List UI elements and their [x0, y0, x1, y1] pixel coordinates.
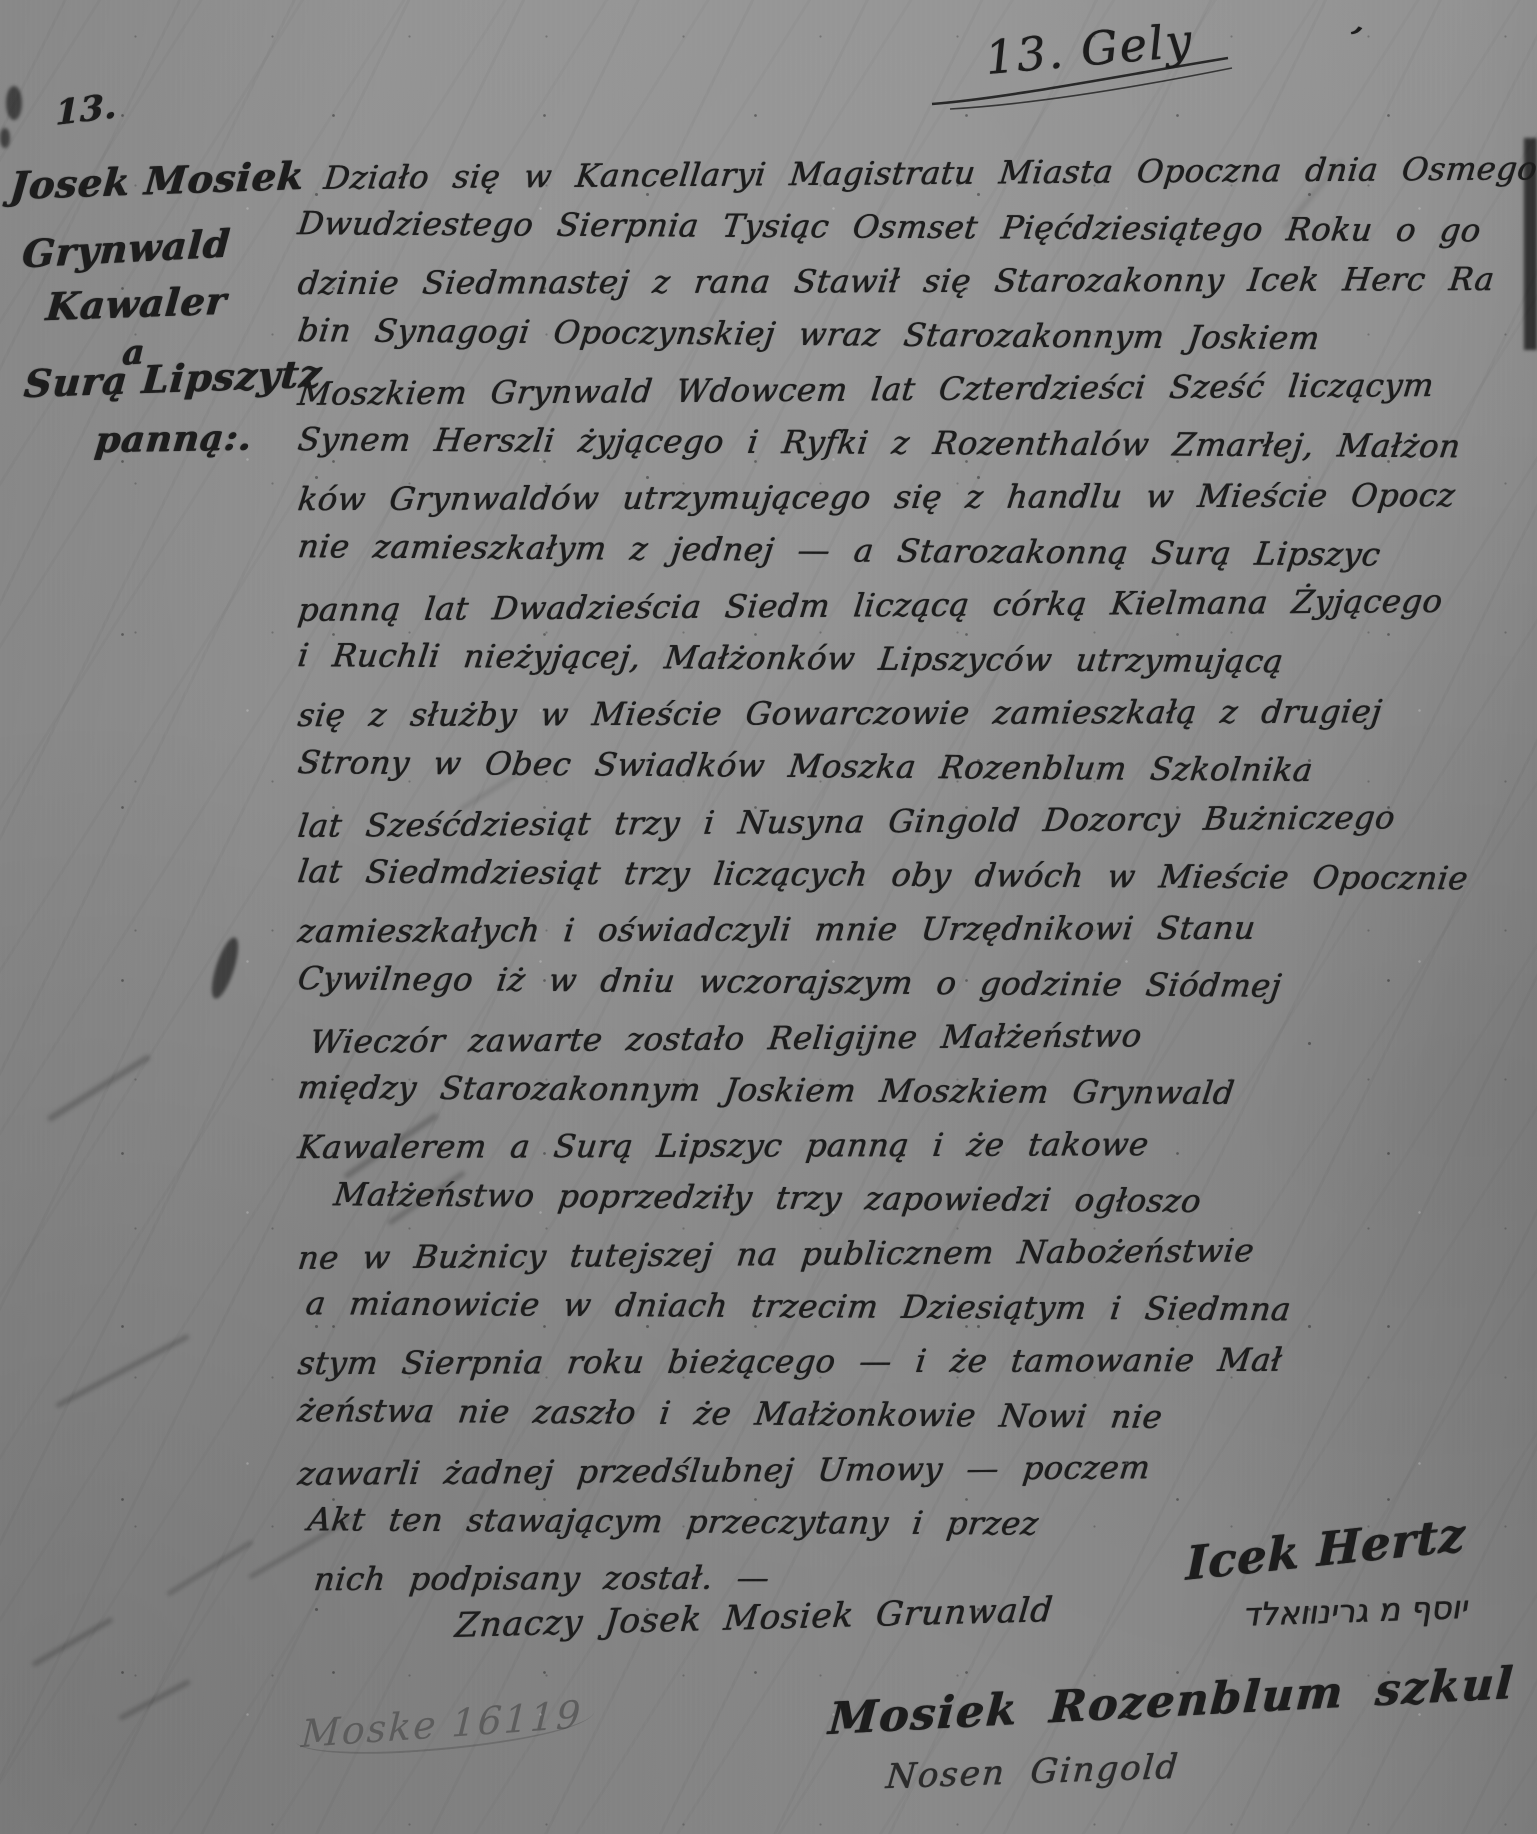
- scan-streak: [55, 1334, 190, 1409]
- act-text-line: ne w Bużnicy tutejszej na publicznem Nab…: [295, 1223, 1257, 1285]
- margin-line-groom-name: Josek Mosiek: [8, 153, 306, 208]
- ink-blotch: [6, 86, 22, 120]
- header-underline-flourish-icon: [928, 52, 1238, 116]
- corner-stroke-mark: ’: [1336, 17, 1367, 64]
- scan-streak: [31, 1617, 113, 1667]
- ink-blotch: [0, 128, 10, 148]
- act-text-line: Działo się w Kancellaryi Magistratu Mias…: [321, 141, 1537, 205]
- act-text-line: między Starozakonnym Joskiem Moszkiem Gr…: [295, 1060, 1238, 1120]
- signature-witness-gingold: Nosen Gingold: [884, 1747, 1181, 1797]
- signature-witness-rozenblum: Mosiek Rozenblum szkul: [827, 1658, 1516, 1745]
- margin-line-groom-status: Kawaler: [44, 278, 228, 329]
- pencil-annotation: Moske 16119: [300, 1692, 583, 1756]
- act-text-line: stym Sierpnia roku bieżącego — i że tamo…: [295, 1333, 1286, 1390]
- act-text-line: Synem Herszli żyjącego i Ryfki z Rozenth…: [295, 412, 1464, 473]
- act-text-line: żeństwa nie zaszło i że Małżonkowie Nowi…: [294, 1383, 1165, 1444]
- act-text-line: nie zamieszkałym z jednej — a Starozakon…: [294, 519, 1383, 581]
- act-text-line: dzinie Siedmnastej z rana Stawił się Sta…: [295, 252, 1498, 310]
- signature-groom-hebrew: יוסף מ גרינוואלד: [1241, 1588, 1467, 1634]
- margin-line-groom-surname: Grynwald: [21, 220, 232, 276]
- margin-line: 13.: [55, 86, 117, 134]
- act-text-line: ków Grynwaldów utrzymującego się z handl…: [295, 468, 1458, 526]
- act-text-line: Strony w Obec Swiadków Moszka Rozenblum …: [294, 735, 1316, 797]
- act-text-line: Kawalerem a Surą Lipszyc panną i że tako…: [295, 1117, 1152, 1174]
- act-text-line: Akt ten stawającym przeczytany i przez: [305, 1492, 1042, 1550]
- act-text-line: lat Siedmdziesiąt trzy liczących oby dwó…: [295, 844, 1472, 905]
- act-text-line: zamieszkałych i oświadczyli mnie Urzędni…: [295, 901, 1259, 958]
- act-text-line: Cywilnego iż w dniu wczorajszym o godzin…: [294, 951, 1284, 1013]
- act-text-line: Małżeństwo poprzedziły trzy zapowiedzi o…: [330, 1167, 1204, 1228]
- act-text-line: bin Synagogi Opoczynskiej wraz Starozako…: [294, 303, 1323, 365]
- act-text-line: panną lat Dwadzieścia Siedm liczącą córk…: [295, 574, 1446, 637]
- scan-streak: [167, 1540, 254, 1596]
- margin-line-bride-name: Surą Lipszytz: [22, 351, 324, 407]
- scanned-document-page: 13. Gely ’ 13. Josek Mosiek Grynwald Kaw…: [0, 0, 1537, 1834]
- act-text-line: a mianowicie w dniach trzecim Dziesiątym…: [303, 1276, 1295, 1336]
- act-text-line: lat Sześćdziesiąt trzy i Nusyna Gingold …: [295, 790, 1398, 853]
- scan-streak: [118, 1679, 191, 1721]
- act-text-line: Dwudziestego Sierpnia Tysiąc Osmset Pięć…: [295, 196, 1485, 257]
- act-text-line: i Ruchli nieżyjącej, Małżonków Lipszyców…: [295, 628, 1287, 688]
- act-text-line: Moszkiem Grynwald Wdowcem lat Czterdzieś…: [295, 358, 1437, 421]
- margin-line-bride-status: panną:.: [93, 417, 254, 462]
- act-text-line: Wieczór zawarte zostało Religijne Małżeń…: [307, 1008, 1145, 1069]
- scan-streak: [47, 1054, 152, 1123]
- act-body-text: Działo się w Kancellaryi Magistratu Mias…: [298, 146, 1537, 1604]
- act-text-line: się z służby w Mieście Gowarczowie zamie…: [295, 684, 1385, 742]
- act-text-line: zawarli żadnej przedślubnej Umowy — pocz…: [295, 1440, 1153, 1501]
- act-text-line: nich podpisany został. —: [311, 1551, 773, 1607]
- ink-smudge: [207, 935, 244, 1001]
